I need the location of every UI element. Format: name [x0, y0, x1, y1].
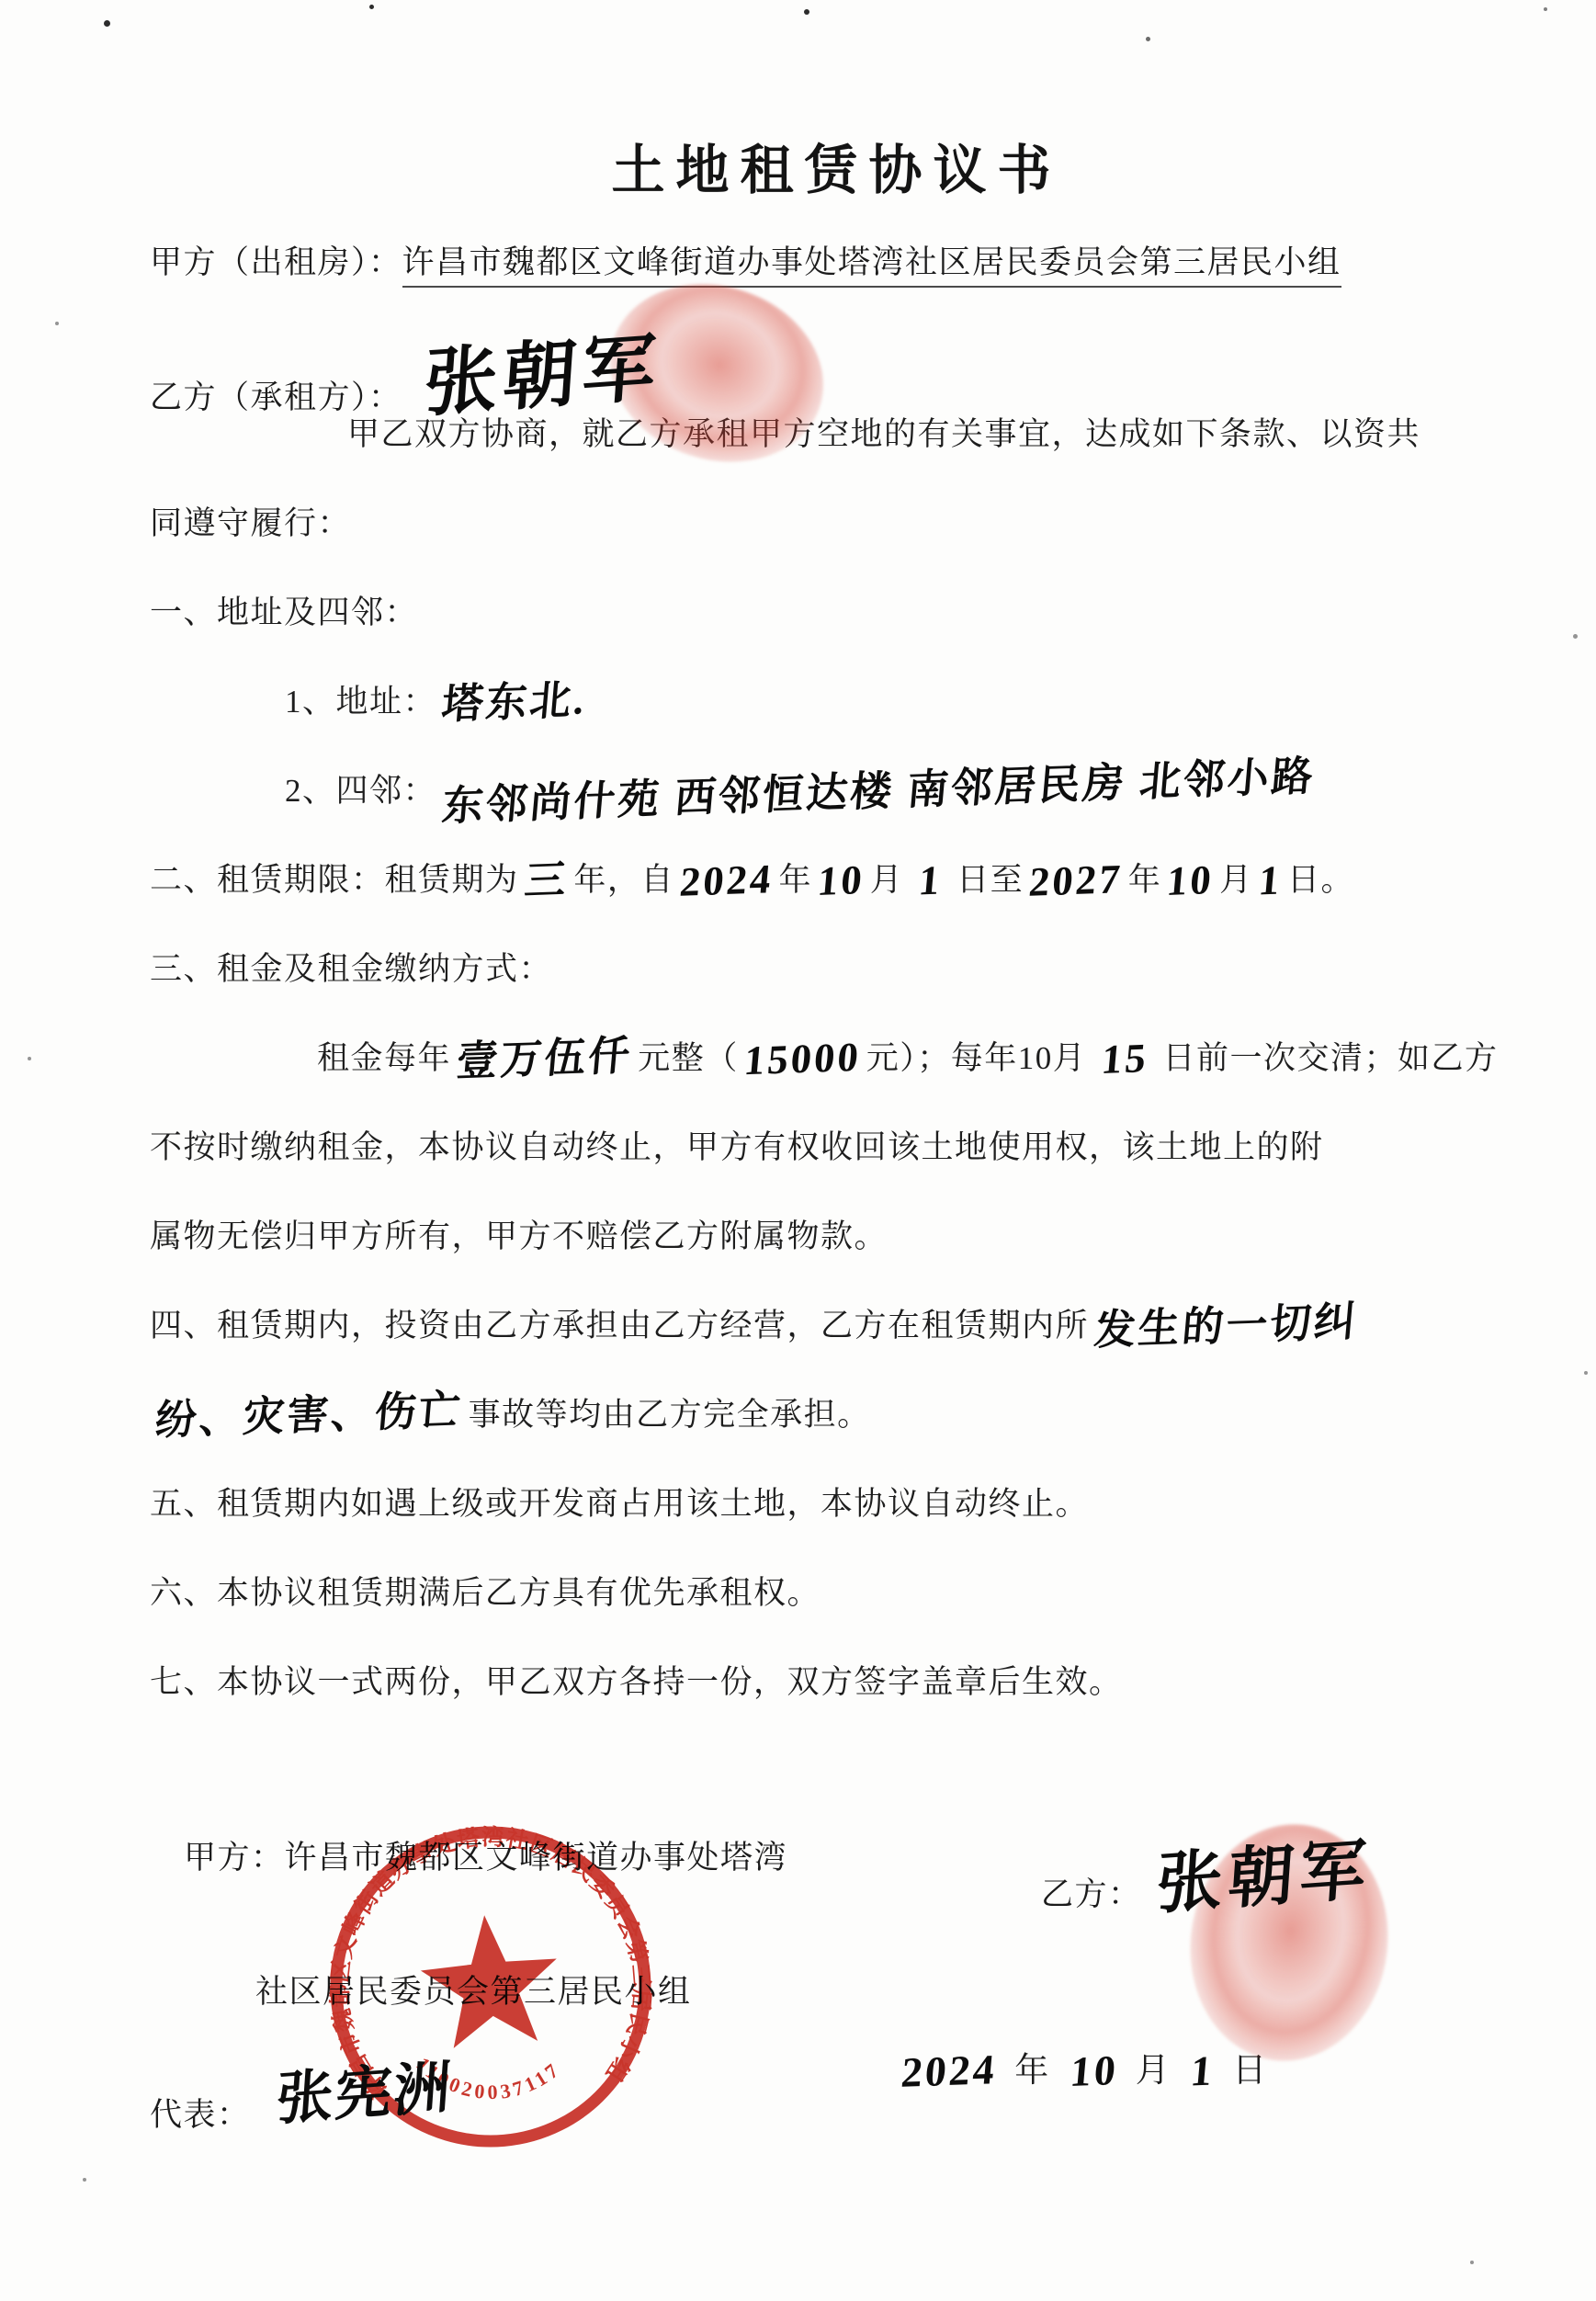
printed-text: 年 [1002, 2052, 1065, 2090]
scan-speck [1544, 7, 1547, 11]
handwritten-text: 1 [1183, 2051, 1222, 2091]
contract-date: 2024 年 10 月 1 日 [896, 2042, 1270, 2091]
scanned-contract-page: 土地租赁协议书 甲方（出租房）：许昌市魏都区文峰街道办事处塔湾社区居民委员会第三… [0, 0, 1596, 2301]
handwritten-text: 纷、灾害、伤亡 [148, 1391, 470, 1440]
printed-text: 日前一次交清；如乙方 [1153, 1040, 1498, 1076]
document-line: 甲乙双方协商，就乙方承租甲方空地的有关事宜，达成如下条款、以资共 [150, 409, 1491, 498]
handwritten-text: 2024 [673, 860, 780, 901]
scan-speck [369, 5, 374, 9]
scan-speck [83, 2178, 86, 2182]
document-line: 属物无偿归甲方所有，甲方不赔偿乙方附属物款。 [150, 1211, 1491, 1300]
party-b-signature: 张朝军 [421, 308, 664, 431]
printed-text: 三、租金及租金缴纳方式： [150, 951, 552, 987]
scan-speck [1470, 2261, 1474, 2264]
document-line: 一、地址及四邻： [150, 587, 1491, 676]
party-a-line: 甲方（出租房）：许昌市魏都区文峰街道办事处塔湾社区居民委员会第三居民小组 [150, 237, 1341, 283]
document-line: 纷、灾害、伤亡事故等均由乙方完全承担。 [150, 1389, 1491, 1479]
printed-text: 四、租赁期内，投资由乙方承担由乙方经营，乙方在租赁期内所 [150, 1308, 1089, 1343]
printed-text: 元整（ [638, 1040, 739, 1076]
representative-label: 代表： [150, 2097, 251, 2133]
document-line: 2、四邻：东邻尚什苑 西邻恒达楼 南邻居民房 北邻小路 [150, 765, 1491, 855]
printed-text: 租金每年 [317, 1040, 451, 1076]
document-line: 同遵守履行： [150, 498, 1491, 587]
document-line: 四、租赁期内，投资由乙方承担由乙方经营，乙方在租赁期内所发生的一切纠 [150, 1300, 1491, 1389]
printed-text: 月 [1124, 2052, 1186, 2090]
printed-text: 2、四邻： [285, 773, 436, 809]
scan-speck [28, 1057, 31, 1060]
printed-text: 年 [778, 862, 812, 898]
printed-text: 1、地址： [285, 684, 436, 720]
scan-speck [1573, 634, 1578, 639]
printed-text: 不按时缴纳租金，本协议自动终止，甲方有权收回该土地使用权，该土地上的附 [150, 1129, 1324, 1165]
printed-text: 六、本协议租赁期满后乙方具有优先承租权。 [150, 1575, 821, 1611]
handwritten-text: 壹万伍仟 [449, 1037, 640, 1081]
handwritten-text: 15 [1094, 1039, 1155, 1079]
handwritten-text: 东邻尚什苑 西邻恒达楼 南邻居民房 北邻小路 [436, 757, 1323, 825]
document-line: 二、租赁期限：租赁期为三年，自2024年10月 1 日至2027年10月1日。 [150, 855, 1491, 944]
document-line: 三、租金及租金缴纳方式： [150, 944, 1491, 1033]
party-a-value: 许昌市魏都区文峰街道办事处塔湾社区居民委员会第三居民小组 [402, 244, 1341, 288]
printed-text: 元）；每年10月 [866, 1040, 1096, 1076]
handwritten-text: 2027 [1022, 860, 1129, 901]
handwritten-text: 15000 [737, 1038, 867, 1080]
handwritten-text: 三 [517, 861, 575, 901]
document-line: 五、租赁期内如遇上级或开发商占用该土地，本协议自动终止。 [150, 1479, 1491, 1568]
scan-speck [1146, 37, 1150, 41]
printed-text: 事故等均由乙方完全承担。 [469, 1397, 871, 1433]
scan-speck [804, 9, 809, 15]
document-line: 租金每年壹万伍仟元整（15000元）；每年10月 15 日前一次交清；如乙方 [150, 1033, 1491, 1122]
document-title: 土地租赁协议书 [39, 127, 1596, 204]
printed-text: 同遵守履行： [150, 505, 351, 541]
printed-text: 二、租赁期限：租赁期为 [150, 862, 519, 898]
printed-text: 属物无偿归甲方所有，甲方不赔偿乙方附属物款。 [150, 1219, 888, 1254]
scan-speck [55, 322, 59, 325]
printed-text: 年，自 [573, 862, 674, 898]
handwritten-text: 10 [1160, 861, 1221, 901]
printed-text: 月 [1219, 862, 1253, 898]
printed-text: 月 [870, 862, 913, 898]
representative-signature: 张宪洲 [274, 2041, 456, 2136]
document-body: 甲乙双方协商，就乙方承租甲方空地的有关事宜，达成如下条款、以资共同遵守履行：一、… [150, 409, 1491, 1746]
printed-text: 日。 [1287, 862, 1354, 898]
handwritten-text: 塔东北. [435, 681, 594, 723]
printed-text: 年 [1128, 862, 1162, 898]
handwritten-text: 2024 [894, 2050, 1004, 2092]
printed-text: 七、本协议一式两份，甲乙双方各持一份，双方签字盖章后生效。 [150, 1664, 1123, 1700]
closing-party-b-label: 乙方： [1041, 1876, 1142, 1912]
printed-text: 日至 [947, 862, 1024, 898]
document-line: 七、本协议一式两份，甲乙双方各持一份，双方签字盖章后生效。 [150, 1657, 1491, 1746]
scan-speck [104, 20, 110, 27]
party-a-label: 甲方（出租房）： [150, 244, 402, 280]
seal-star-icon [416, 1910, 563, 2050]
handwritten-text: 发生的一切纠 [1087, 1303, 1364, 1350]
closing-party-b-signature: 张朝军 [1153, 1815, 1375, 1926]
handwritten-text: 10 [1063, 2051, 1126, 2091]
closing-party-b-line: 乙方：张朝军 [1041, 1829, 1372, 1924]
printed-text: 五、租赁期内如遇上级或开发商占用该土地，本协议自动终止。 [150, 1486, 1089, 1522]
printed-text: 一、地址及四邻： [150, 595, 418, 630]
document-line: 1、地址：塔东北. [150, 676, 1491, 765]
handwritten-text: 1 [911, 861, 949, 900]
closing-party-a-label: 甲方： [184, 1840, 285, 1876]
scan-speck [1584, 1371, 1588, 1375]
handwritten-text: 1 [1251, 861, 1289, 900]
handwritten-text: 10 [810, 861, 871, 901]
document-line: 六、本协议租赁期满后乙方具有优先承租权。 [150, 1568, 1491, 1657]
document-line: 不按时缴纳租金，本协议自动终止，甲方有权收回该土地使用权，该土地上的附 [150, 1122, 1491, 1211]
